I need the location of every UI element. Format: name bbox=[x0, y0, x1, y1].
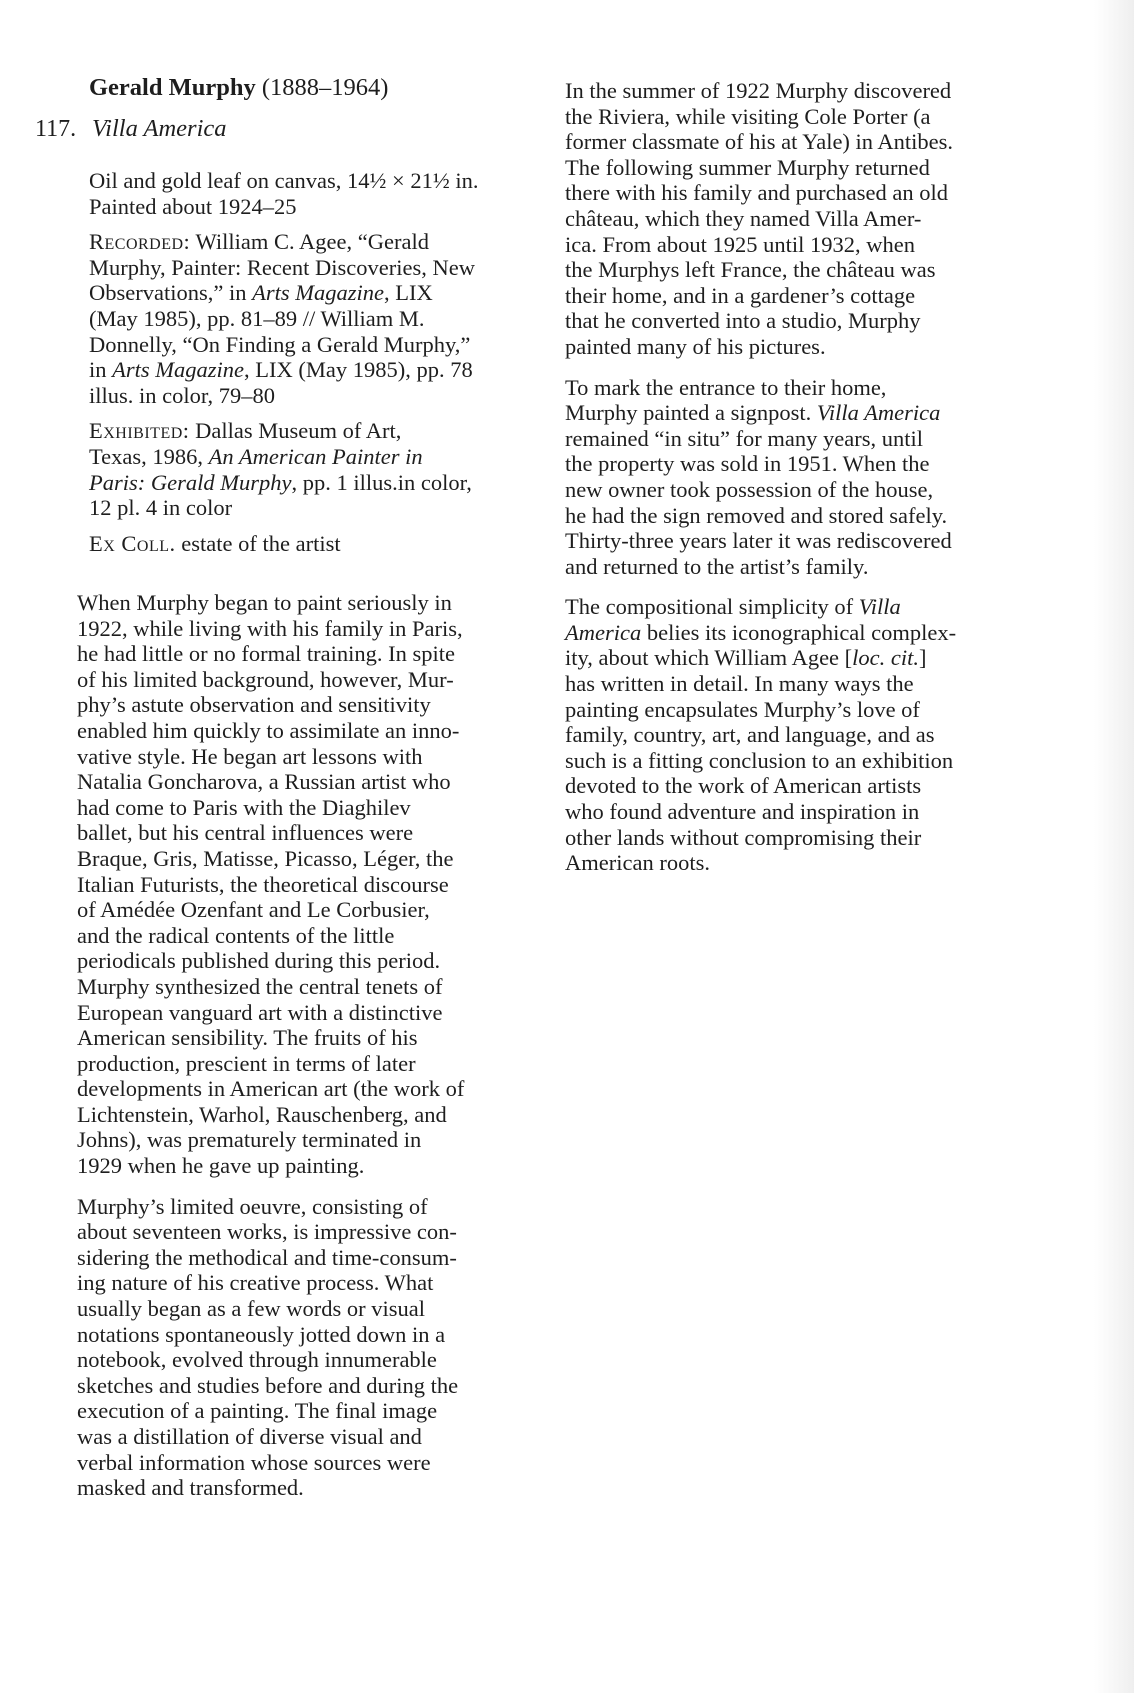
text-segment: who found adventure and inspiration in bbox=[565, 799, 919, 824]
text-line: To mark the entrance to their home, bbox=[565, 375, 956, 401]
text-line: Lichtenstein, Warhol, Rauschenberg, and bbox=[77, 1102, 464, 1128]
text-segment: William C. Agee, “Gerald bbox=[190, 229, 429, 254]
text-line: and the radical contents of the little bbox=[77, 923, 464, 949]
text-line: family, country, art, and language, and … bbox=[565, 722, 956, 748]
paragraph: To mark the entrance to their home,Murph… bbox=[565, 375, 956, 580]
text-segment: illus. in color, 79–80 bbox=[89, 383, 275, 408]
paragraph: Murphy’s limited oeuvre, consisting ofab… bbox=[77, 1194, 464, 1501]
text-segment: in bbox=[89, 357, 112, 382]
entry-title: Villa America bbox=[92, 114, 227, 144]
italic-text: Paris: Gerald Murphy bbox=[89, 470, 291, 495]
entry-number: 117. bbox=[35, 114, 76, 144]
text-line: America belies its iconographical comple… bbox=[565, 620, 956, 646]
text-line: verbal information whose sources were bbox=[77, 1450, 464, 1476]
text-segment: has written in detail. In many ways the bbox=[565, 671, 914, 696]
date-line: Painted about 1924–25 bbox=[89, 194, 479, 220]
text-segment: the Murphys left France, the château was bbox=[565, 257, 936, 282]
text-line: sidering the methodical and time-consum- bbox=[77, 1245, 464, 1271]
text-line: of his limited background, however, Mur- bbox=[77, 667, 464, 693]
text-segment: , LIX (May 1985), pp. 78 bbox=[244, 357, 473, 382]
recorded-line: Observations,” in Arts Magazine, LIX bbox=[89, 280, 479, 306]
text-segment: château, which they named Villa Amer- bbox=[565, 206, 921, 231]
text-line: ity, about which William Agee [loc. cit.… bbox=[565, 645, 956, 671]
artist-name: Gerald Murphy bbox=[89, 74, 256, 101]
text-line: ica. From about 1925 until 1932, when bbox=[565, 232, 956, 258]
text-line: painted many of his pictures. bbox=[565, 334, 956, 360]
text-line: The following summer Murphy returned bbox=[565, 155, 956, 181]
recorded-line: illus. in color, 79–80 bbox=[89, 383, 479, 409]
text-segment: the Riviera, while visiting Cole Porter … bbox=[565, 104, 931, 129]
exhibited-line: Paris: Gerald Murphy, pp. 1 illus.in col… bbox=[89, 470, 479, 496]
text-line: phy’s astute observation and sensitivity bbox=[77, 692, 464, 718]
medium-dimensions: Oil and gold leaf on canvas, 14½ × 21½ i… bbox=[89, 168, 479, 219]
text-line: 1922, while living with his family in Pa… bbox=[77, 616, 464, 642]
page-gutter-shadow bbox=[1094, 0, 1134, 1693]
text-segment: he had the sign removed and stored safel… bbox=[565, 503, 947, 528]
exhibited-line: Texas, 1986, An American Painter in bbox=[89, 444, 479, 470]
italic-text: Villa bbox=[859, 594, 901, 619]
text-line: 1929 when he gave up painting. bbox=[77, 1153, 464, 1179]
text-line: vative style. He began art lessons with bbox=[77, 744, 464, 770]
text-segment: In the summer of 1922 Murphy discovered bbox=[565, 78, 951, 103]
text-segment: former classmate of his at Yale) in Anti… bbox=[565, 129, 953, 154]
exhibited-line: Exhibited: Dallas Museum of Art, bbox=[89, 418, 479, 444]
ex-coll-label: Ex Coll. bbox=[89, 531, 176, 556]
text-line: painting encapsulates Murphy’s love of bbox=[565, 697, 956, 723]
text-segment: Donnelly, “On Finding a Gerald Murphy,” bbox=[89, 332, 470, 357]
text-segment: painted many of his pictures. bbox=[565, 334, 826, 359]
text-segment: new owner took possession of the house, bbox=[565, 477, 933, 502]
text-line: he had the sign removed and stored safel… bbox=[565, 503, 956, 529]
text-segment: belies its iconographical complex- bbox=[641, 620, 956, 645]
ex-coll-text: estate of the artist bbox=[176, 531, 341, 556]
text-segment: and returned to the artist’s family. bbox=[565, 554, 868, 579]
text-line: the Riviera, while visiting Cole Porter … bbox=[565, 104, 956, 130]
exhibited-section: Exhibited: Dallas Museum of Art,Texas, 1… bbox=[89, 418, 479, 520]
text-line: Murphy painted a signpost. Villa America bbox=[565, 400, 956, 426]
text-segment: The following summer Murphy returned bbox=[565, 155, 930, 180]
text-line: In the summer of 1922 Murphy discovered bbox=[565, 78, 956, 104]
text-segment: ity, about which William Agee [ bbox=[565, 645, 852, 670]
text-segment: Murphy painted a signpost. bbox=[565, 400, 817, 425]
exhibited-label: Exhibited: bbox=[89, 418, 190, 443]
text-line: had come to Paris with the Diaghilev bbox=[77, 795, 464, 821]
paragraph: In the summer of 1922 Murphy discoveredt… bbox=[565, 78, 956, 360]
text-line: the property was sold in 1951. When the bbox=[565, 451, 956, 477]
text-segment: The compositional simplicity of bbox=[565, 594, 859, 619]
text-line: ballet, but his central influences were bbox=[77, 820, 464, 846]
text-line: notations spontaneously jotted down in a bbox=[77, 1322, 464, 1348]
text-segment: Texas, 1986, bbox=[89, 444, 209, 469]
text-line: the Murphys left France, the château was bbox=[565, 257, 956, 283]
text-line: château, which they named Villa Amer- bbox=[565, 206, 956, 232]
text-line: production, prescient in terms of later bbox=[77, 1051, 464, 1077]
text-segment: remained “in situ” for many years, until bbox=[565, 426, 923, 451]
text-line: execution of a painting. The final image bbox=[77, 1398, 464, 1424]
text-line: sketches and studies before and during t… bbox=[77, 1373, 464, 1399]
italic-text: Arts Magazine bbox=[252, 280, 384, 305]
text-segment: Thirty-three years later it was rediscov… bbox=[565, 528, 952, 553]
text-line: Italian Futurists, the theoretical disco… bbox=[77, 872, 464, 898]
text-line: periodicals published during this period… bbox=[77, 948, 464, 974]
italic-text: Villa America bbox=[817, 400, 941, 425]
medium-line: Oil and gold leaf on canvas, 14½ × 21½ i… bbox=[89, 168, 479, 194]
text-line: Murphy synthesized the central tenets of bbox=[77, 974, 464, 1000]
text-line: notebook, evolved through innumerable bbox=[77, 1347, 464, 1373]
artist-dates: (1888–1964) bbox=[262, 74, 389, 101]
text-segment: their home, and in a gardener’s cottage bbox=[565, 283, 915, 308]
text-line: Natalia Goncharova, a Russian artist who bbox=[77, 769, 464, 795]
text-segment: there with his family and purchased an o… bbox=[565, 180, 948, 205]
artist-heading: Gerald Murphy (1888–1964) bbox=[89, 73, 388, 103]
text-segment: Dallas Museum of Art, bbox=[190, 418, 402, 443]
left-column-body: When Murphy began to paint seriously in1… bbox=[77, 590, 464, 1516]
text-line: was a distillation of diverse visual and bbox=[77, 1424, 464, 1450]
text-line: American sensibility. The fruits of his bbox=[77, 1025, 464, 1051]
text-segment: Murphy, Painter: Recent Discoveries, New bbox=[89, 255, 475, 280]
text-segment: ica. From about 1925 until 1932, when bbox=[565, 232, 915, 257]
text-segment: painting encapsulates Murphy’s love of bbox=[565, 697, 920, 722]
text-line: new owner took possession of the house, bbox=[565, 477, 956, 503]
text-segment: To mark the entrance to their home, bbox=[565, 375, 886, 400]
text-segment: such is a fitting conclusion to an exhib… bbox=[565, 748, 953, 773]
text-segment: devoted to the work of American artists bbox=[565, 773, 921, 798]
text-segment: that he converted into a studio, Murphy bbox=[565, 308, 921, 333]
paragraph: When Murphy began to paint seriously in1… bbox=[77, 590, 464, 1179]
text-line: there with his family and purchased an o… bbox=[565, 180, 956, 206]
text-segment: (May 1985), pp. 81–89 // William M. bbox=[89, 306, 425, 331]
text-line: and returned to the artist’s family. bbox=[565, 554, 956, 580]
text-line: former classmate of his at Yale) in Anti… bbox=[565, 129, 956, 155]
text-line: Thirty-three years later it was rediscov… bbox=[565, 528, 956, 554]
text-segment: family, country, art, and language, and … bbox=[565, 722, 934, 747]
recorded-line: Donnelly, “On Finding a Gerald Murphy,” bbox=[89, 332, 479, 358]
text-line: Murphy’s limited oeuvre, consisting of bbox=[77, 1194, 464, 1220]
text-line: that he converted into a studio, Murphy bbox=[565, 308, 956, 334]
text-segment: , pp. 1 illus.in color, bbox=[291, 470, 471, 495]
italic-text: loc. cit. bbox=[852, 645, 919, 670]
recorded-label: Recorded: bbox=[89, 229, 190, 254]
text-segment: 12 pl. 4 in color bbox=[89, 495, 232, 520]
text-segment: the property was sold in 1951. When the bbox=[565, 451, 930, 476]
paragraph: The compositional simplicity of VillaAme… bbox=[565, 594, 956, 876]
italic-text: An American Painter in bbox=[209, 444, 423, 469]
text-segment: American roots. bbox=[565, 850, 710, 875]
text-line: other lands without compromising their bbox=[565, 825, 956, 851]
text-line: about seventeen works, is impressive con… bbox=[77, 1219, 464, 1245]
ex-coll-section: Ex Coll. estate of the artist bbox=[89, 531, 479, 557]
text-line: who found adventure and inspiration in bbox=[565, 799, 956, 825]
text-line: developments in American art (the work o… bbox=[77, 1076, 464, 1102]
recorded-line: in Arts Magazine, LIX (May 1985), pp. 78 bbox=[89, 357, 479, 383]
text-line: European vanguard art with a distinctive bbox=[77, 1000, 464, 1026]
recorded-line: (May 1985), pp. 81–89 // William M. bbox=[89, 306, 479, 332]
exhibited-line: 12 pl. 4 in color bbox=[89, 495, 479, 521]
catalogue-metadata: Oil and gold leaf on canvas, 14½ × 21½ i… bbox=[89, 168, 479, 566]
text-segment: ] bbox=[919, 645, 927, 670]
text-line: of Amédée Ozenfant and Le Corbusier, bbox=[77, 897, 464, 923]
text-line: such is a fitting conclusion to an exhib… bbox=[565, 748, 956, 774]
text-segment: , LIX bbox=[384, 280, 433, 305]
text-line: devoted to the work of American artists bbox=[565, 773, 956, 799]
text-line: American roots. bbox=[565, 850, 956, 876]
italic-text: Arts Magazine bbox=[112, 357, 244, 382]
recorded-section: Recorded: William C. Agee, “GeraldMurphy… bbox=[89, 229, 479, 408]
text-segment: Observations,” in bbox=[89, 280, 252, 305]
text-line: masked and transformed. bbox=[77, 1475, 464, 1501]
text-segment: other lands without compromising their bbox=[565, 825, 921, 850]
recorded-line: Murphy, Painter: Recent Discoveries, New bbox=[89, 255, 479, 281]
text-line: Johns), was prematurely terminated in bbox=[77, 1127, 464, 1153]
text-line: ing nature of his creative process. What bbox=[77, 1270, 464, 1296]
text-line: usually began as a few words or visual bbox=[77, 1296, 464, 1322]
text-line: has written in detail. In many ways the bbox=[565, 671, 956, 697]
recorded-line: Recorded: William C. Agee, “Gerald bbox=[89, 229, 479, 255]
text-line: he had little or no formal training. In … bbox=[77, 641, 464, 667]
text-line: When Murphy began to paint seriously in bbox=[77, 590, 464, 616]
text-line: remained “in situ” for many years, until bbox=[565, 426, 956, 452]
text-line: The compositional simplicity of Villa bbox=[565, 594, 956, 620]
right-column-body: In the summer of 1922 Murphy discoveredt… bbox=[565, 78, 956, 891]
italic-text: America bbox=[565, 620, 641, 645]
text-line: enabled him quickly to assimilate an inn… bbox=[77, 718, 464, 744]
text-line: their home, and in a gardener’s cottage bbox=[565, 283, 956, 309]
text-line: Braque, Gris, Matisse, Picasso, Léger, t… bbox=[77, 846, 464, 872]
